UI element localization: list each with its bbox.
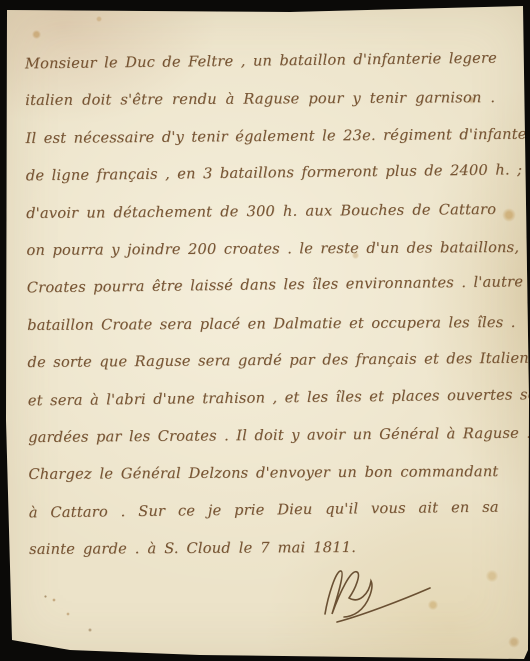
letter-line-9: de sorte que Raguse sera gardé par des f… <box>27 340 497 381</box>
letter-line-1: Monsieur le Duc de Feltre , un bataillon… <box>25 40 495 83</box>
letter-line-13: à Cattaro . Sur ce je prie Dieu qu'il vo… <box>29 488 499 531</box>
letter-line-12: Chargez le Général Delzons d'envoyer un … <box>28 453 498 493</box>
letter-line-3: Il est nécessaire d'y tenir également le… <box>25 116 495 157</box>
letter-line-6: on pourra y joindre 200 croates . le res… <box>26 229 496 269</box>
letter-body: Monsieur le Duc de Feltre , un bataillon… <box>25 41 500 569</box>
letter-line-11: gardées par les Croates . Il doit y avoi… <box>28 415 498 456</box>
letter-line-5: d'avoir un détachement de 300 h. aux Bou… <box>26 191 496 232</box>
letter-line-8: bataillon Croate sera placé en Dalmatie … <box>27 304 497 344</box>
letter-line-7: Croates pourra être laissé dans les îles… <box>27 264 497 307</box>
letter-line-4: de ligne français , en 3 bataillons form… <box>26 152 496 195</box>
letter-line-2: italien doit s'être rendu à Raguse pour … <box>25 79 495 119</box>
letter-paper: Monsieur le Duc de Feltre , un bataillon… <box>0 0 530 661</box>
letter-line-10: et sera à l'abri d'une trahison , et les… <box>28 376 498 419</box>
photo-background: Monsieur le Duc de Feltre , un bataillon… <box>0 0 530 661</box>
napoleon-signature-icon <box>308 556 442 634</box>
